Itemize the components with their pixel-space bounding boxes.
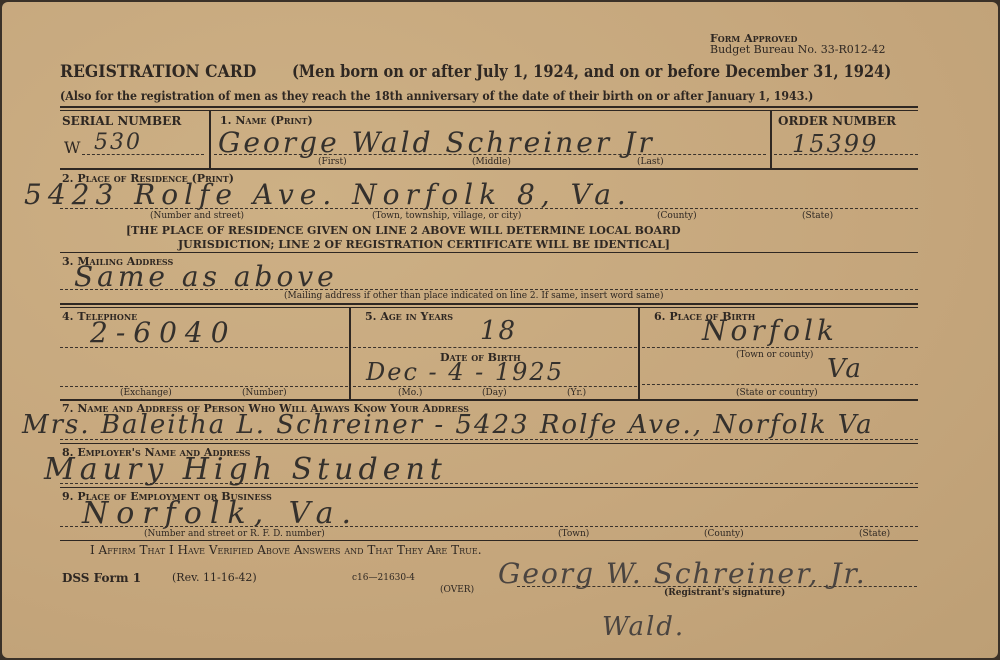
- date-of-birth-value: Dec - 4 - 1925: [366, 358, 564, 386]
- residence-value: 5423 Rolfe Ave. Norfolk 8, Va.: [24, 178, 632, 211]
- form-title: REGISTRATION CARD: [60, 62, 256, 82]
- birthplace-caption-state: (State or country): [736, 388, 818, 398]
- signature-caption: (Registrant's signature): [664, 588, 785, 598]
- print-code: c16—21630-4: [352, 573, 415, 583]
- age-label: 5. Age in Years: [365, 310, 453, 323]
- employment-caption-street: (Number and street or R. F. D. number): [144, 529, 325, 539]
- form-revision: (Rev. 11-16-42): [172, 571, 257, 584]
- form-id: DSS Form 1: [62, 571, 141, 585]
- employment-caption-town: (Town): [558, 529, 589, 539]
- serial-number-label: SERIAL NUMBER: [62, 114, 181, 128]
- telephone-caption-number: (Number): [242, 388, 287, 398]
- employment-caption-state: (State): [859, 529, 890, 539]
- employment-caption-county: (County): [704, 529, 744, 539]
- residence-notice-line2: JURISDICTION; LINE 2 OF REGISTRATION CER…: [178, 237, 670, 251]
- form-subtitle: (Men born on or after July 1, 1924, and …: [292, 62, 891, 82]
- telephone-value: 2-6040: [90, 316, 237, 349]
- residence-notice-line1: [THE PLACE OF RESIDENCE GIVEN ON LINE 2 …: [126, 223, 681, 237]
- birthplace-state-value: Va: [827, 354, 863, 384]
- over-label: (OVER): [440, 585, 474, 595]
- dob-caption-month: (Mo.): [398, 388, 422, 398]
- contact-value: Mrs. Baleitha L. Schreiner - 5423 Rolfe …: [22, 410, 874, 440]
- registration-card: Form Approved Budget Bureau No. 33-R012-…: [2, 2, 998, 658]
- name-caption-first: (First): [318, 157, 347, 167]
- name-caption-last: (Last): [637, 157, 664, 167]
- serial-prefix: W: [64, 138, 80, 157]
- residence-caption-street: (Number and street): [150, 211, 244, 221]
- telephone-caption-exchange: (Exchange): [120, 388, 172, 398]
- age-value: 18: [480, 316, 517, 346]
- residence-caption-town: (Town, township, village, or city): [372, 211, 521, 221]
- order-number-label: ORDER NUMBER: [778, 114, 896, 128]
- name-caption-middle: (Middle): [472, 157, 511, 167]
- birthplace-caption-town: (Town or county): [736, 350, 813, 360]
- form-also-note: (Also for the registration of men as the…: [60, 88, 813, 103]
- employer-value: Maury High Student: [44, 452, 447, 487]
- affirmation-text: I Affirm That I Have Verified Above Answ…: [90, 543, 482, 557]
- dob-caption-day: (Day): [482, 388, 507, 398]
- mailing-caption: (Mailing address if other than place ind…: [284, 291, 664, 301]
- birthplace-town-value: Norfolk: [702, 314, 838, 347]
- residence-caption-state: (State): [802, 211, 833, 221]
- residence-caption-county: (County): [657, 211, 697, 221]
- signature-annotation: Wald.: [602, 612, 685, 642]
- dob-caption-year: (Yr.): [567, 388, 586, 398]
- budget-bureau-number: Budget Bureau No. 33-R012-42: [710, 43, 886, 56]
- serial-number-value: 530: [94, 130, 142, 155]
